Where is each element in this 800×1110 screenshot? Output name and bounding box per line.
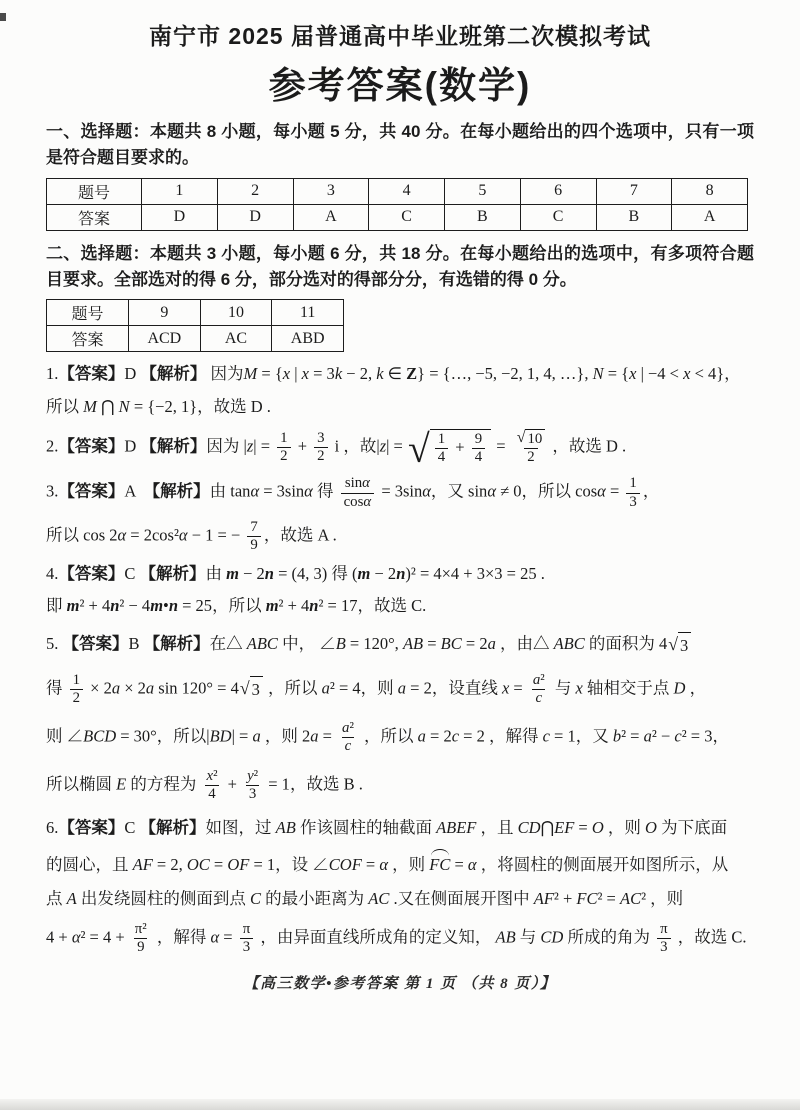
- fraction-numerator: 1: [70, 672, 83, 689]
- math-segment: D: [674, 678, 686, 697]
- math-segment: 所以: [46, 525, 83, 544]
- fraction-numerator: sinα: [342, 475, 373, 492]
- math-segment: 2: [317, 448, 324, 464]
- math-segment: α: [211, 927, 220, 946]
- math-segment: ² =: [597, 889, 620, 908]
- math-segment: 【解析】: [152, 483, 210, 501]
- math-segment: 2: [73, 690, 80, 706]
- fraction: 12: [277, 430, 290, 465]
- math-segment: 5.: [46, 634, 63, 653]
- fraction-denominator: 3: [246, 785, 259, 803]
- math-segment: ² − 4: [119, 596, 150, 615]
- math-segment: m: [150, 596, 163, 615]
- math-segment: =: [492, 436, 510, 455]
- fraction-numerator: π: [657, 921, 671, 938]
- table-cell: A: [293, 204, 369, 230]
- solution-block: 2.【答案】D 【解析】因为 |z| = 12 + 32 i ，故|z| = √…: [46, 428, 754, 468]
- math-segment: FC: [576, 889, 597, 908]
- math-segment: 6.: [46, 818, 58, 837]
- solution-line: 2.【答案】D 【解析】因为 |z| = 12 + 32 i ，故|z| = √…: [46, 428, 754, 468]
- table-cell: AC: [200, 326, 272, 352]
- math-segment: ABC: [247, 634, 278, 653]
- math-segment: ，所以: [360, 726, 418, 745]
- math-segment: ²: [349, 720, 353, 736]
- math-segment: ⋂: [541, 818, 555, 837]
- math-segment: +: [294, 436, 312, 455]
- fraction-denominator: 4: [205, 785, 218, 803]
- solutions-list: 1.【答案】D 【解析】 因为M = {x | x = 3k − 2, k ∈ …: [46, 362, 754, 955]
- table-cell: 8: [672, 178, 748, 204]
- math-segment: 由: [210, 482, 231, 501]
- math-segment: B: [336, 634, 346, 653]
- math-segment: 9: [137, 939, 144, 955]
- solution-line: 4 + α² = 4 + π²9 ，解得 α = π3 ，由异面直线所成角的定义…: [46, 921, 754, 956]
- solution-line: 的圆心，且 AF = 2, OC = OF = 1，设 ∠COF = α ，则 …: [46, 850, 754, 878]
- math-segment: cos: [344, 494, 364, 510]
- math-segment: ∠: [67, 726, 84, 745]
- math-segment: ² = 4: [330, 678, 361, 697]
- math-segment: CD: [540, 927, 563, 946]
- math-segment: OC: [187, 855, 210, 874]
- math-segment: m: [358, 564, 371, 583]
- math-segment: N: [119, 397, 130, 416]
- fraction: 32: [314, 430, 327, 465]
- math-segment: ，且: [476, 818, 517, 837]
- math-segment: | −4 <: [636, 364, 683, 383]
- square-root: √3: [240, 676, 263, 703]
- table-row: 答案 ACD AC ABD: [47, 326, 344, 352]
- math-segment: = (4, 3): [274, 564, 331, 583]
- math-segment: ，所以: [522, 482, 576, 501]
- math-segment: 在△: [210, 634, 247, 653]
- math-segment: 所以: [46, 397, 83, 416]
- math-segment: )² = 4×4 + 3×3 = 25 .: [405, 564, 544, 583]
- solution-block: 4.【答案】C 【解析】由 m − 2n = (4, 3) 得 (m − 2n)…: [46, 562, 754, 620]
- math-segment: 作该圆柱的轴截面: [296, 818, 436, 837]
- math-segment: 轴相交于点: [583, 678, 674, 697]
- math-segment: 3: [660, 939, 667, 955]
- math-segment: m: [266, 596, 279, 615]
- math-segment: ²: [213, 768, 217, 784]
- math-segment: i: [331, 436, 344, 455]
- math-segment: O: [645, 818, 657, 837]
- fraction-numerator: y²: [244, 768, 261, 785]
- math-segment: E: [116, 775, 126, 794]
- solution-line: 6.【答案】C 【解析】如图，过 AB 作该圆柱的轴截面 ABEF ，且 CD⋂…: [46, 816, 754, 841]
- math-segment: = 2: [406, 678, 432, 697]
- math-segment: EF: [554, 818, 574, 837]
- math-segment: 3: [317, 430, 324, 446]
- fraction-numerator: a²: [339, 720, 357, 737]
- math-segment: 得: [46, 678, 67, 697]
- math-segment: BCD: [83, 726, 116, 745]
- math-segment: BD: [210, 726, 232, 745]
- math-segment: 3: [629, 494, 636, 510]
- math-segment: 得: [331, 564, 352, 583]
- math-segment: 中，: [278, 634, 315, 653]
- math-segment: 【答案】: [58, 437, 124, 455]
- fraction-denominator: 9: [134, 938, 147, 956]
- table-cell: 7: [596, 178, 672, 204]
- math-segment: D: [124, 436, 140, 455]
- math-segment: =: [606, 482, 624, 501]
- math-segment: 2: [280, 448, 287, 464]
- math-segment: − 1 = −: [188, 525, 245, 544]
- solution-block: 3.【答案】A 【解析】由 tanα = 3sinα 得 sinαcosα = …: [46, 475, 754, 553]
- math-segment: ，所以: [212, 596, 266, 615]
- solution-line: 1.【答案】D 【解析】 因为M = {x | x = 3k − 2, k ∈ …: [46, 362, 754, 387]
- math-segment: 1.: [46, 364, 58, 383]
- radical-sign: √: [240, 680, 250, 698]
- math-segment: a: [488, 634, 496, 653]
- solution-line: 得 12 × 2a × 2a sin 120° = 4√3 ，所以 a² = 4…: [46, 672, 754, 707]
- fraction-denominator: c: [342, 737, 355, 755]
- math-segment: ，解得: [153, 927, 211, 946]
- math-segment: ²: [254, 768, 258, 784]
- math-segment: π: [660, 921, 668, 937]
- math-segment: 【答案】: [58, 565, 124, 583]
- table-cell: 5: [445, 178, 521, 204]
- math-segment: 【答案】: [58, 483, 124, 501]
- arc-overline: FC: [429, 850, 450, 878]
- math-segment: =: [318, 726, 336, 745]
- math-segment: ² = 17: [318, 596, 357, 615]
- math-segment: α: [468, 855, 477, 874]
- math-segment: = 2cos²: [126, 525, 179, 544]
- fraction: 13: [626, 475, 639, 510]
- solution-line: 所以 cos 2α = 2cos²α − 1 = − 79，故选 A .: [46, 519, 754, 554]
- fraction-denominator: 4: [472, 448, 485, 466]
- solution-line: 所以椭圆 E 的方程为 x²4 + y²3 = 1，故选 B .: [46, 768, 754, 803]
- math-segment: ²: [540, 672, 544, 688]
- math-segment: ，所以: [157, 726, 207, 745]
- math-segment: ，又: [431, 482, 468, 501]
- math-segment: =: [509, 678, 527, 697]
- fraction-numerator: 1: [435, 431, 448, 448]
- math-segment: ，将圆柱的侧面展开如图所示，从: [477, 855, 729, 874]
- math-segment: =: [219, 927, 237, 946]
- math-segment: π: [243, 921, 251, 937]
- math-segment: c: [345, 738, 352, 754]
- table-cell: D: [217, 204, 293, 230]
- radicand: 3: [250, 676, 263, 703]
- table-row: 题号 9 10 11: [47, 300, 344, 326]
- math-segment: 1: [629, 475, 636, 491]
- math-segment: 3.: [46, 482, 58, 501]
- table-cell: D: [142, 204, 218, 230]
- math-segment: AC: [368, 889, 389, 908]
- math-segment: a: [112, 678, 120, 697]
- math-segment: 与: [551, 678, 576, 697]
- math-segment: CD: [518, 818, 541, 837]
- math-segment: 的方程为: [126, 775, 200, 794]
- fraction-denominator: 2: [524, 448, 537, 466]
- section-2-heading: 二、选择题：本题共 3 小题，每小题 6 分，共 18 分。在每小题给出的选项中…: [46, 241, 754, 294]
- radicand: 10: [525, 429, 545, 448]
- math-segment: 所成的角为: [563, 927, 654, 946]
- math-segment: ∠: [312, 855, 329, 874]
- math-segment: − 2: [239, 564, 265, 583]
- answer-subtitle: 参考答案(数学): [46, 55, 754, 109]
- fraction: a²c: [530, 672, 548, 707]
- math-segment: 点: [46, 889, 67, 908]
- math-segment: a: [398, 678, 406, 697]
- math-segment: =: [362, 855, 380, 874]
- math-segment: OF: [227, 855, 249, 874]
- math-segment: ，设: [275, 855, 312, 874]
- radicand: 3: [678, 632, 691, 659]
- fraction-denominator: 3: [240, 938, 253, 956]
- math-segment: = 3sin: [259, 482, 304, 501]
- math-segment: 的面积为: [585, 634, 659, 653]
- math-segment: α: [250, 482, 259, 501]
- math-segment: ² =: [621, 726, 644, 745]
- fraction-numerator: 1: [626, 475, 639, 492]
- math-segment: 4: [659, 634, 667, 653]
- math-segment: = {: [604, 364, 629, 383]
- radicand: 14 + 94: [430, 429, 491, 466]
- math-segment: 9: [475, 431, 482, 447]
- math-segment: ≠ 0: [496, 482, 522, 501]
- math-segment: x: [283, 364, 290, 383]
- fraction-numerator: 9: [472, 431, 485, 448]
- fraction: π3: [240, 921, 254, 956]
- math-segment: AF: [133, 855, 153, 874]
- math-segment: 即: [46, 596, 67, 615]
- math-segment: a: [322, 678, 330, 697]
- solution-line: 则 ∠BCD = 30°，所以|BD| = a ，则 2a = a²c ，所以 …: [46, 720, 754, 755]
- math-segment: × 2: [86, 678, 112, 697]
- table-cell: 11: [272, 300, 344, 326]
- math-segment: 2.: [46, 436, 58, 455]
- math-segment: ∠: [315, 634, 336, 653]
- math-segment: − 2: [370, 564, 396, 583]
- table-cell: 9: [129, 300, 201, 326]
- solution-line: 3.【答案】A 【解析】由 tanα = 3sinα 得 sinαcosα = …: [46, 475, 754, 510]
- square-root: √14 + 94: [408, 428, 491, 468]
- fraction-numerator: 3: [314, 430, 327, 447]
- math-segment: AB: [403, 634, 423, 653]
- math-segment: 【答案】: [63, 635, 129, 653]
- radical-sign: √: [668, 636, 678, 654]
- fraction-numerator: √10: [513, 429, 550, 448]
- solution-block: 5. 【答案】B 【解析】在△ ABC 中， ∠B = 120°, AB = B…: [46, 632, 754, 803]
- math-segment: 因为: [206, 364, 243, 383]
- math-segment: ，所以: [264, 678, 322, 697]
- table-cell: 题号: [47, 300, 129, 326]
- math-segment: ABC: [554, 634, 585, 653]
- math-segment: y: [247, 768, 254, 784]
- fraction: π²9: [132, 921, 150, 956]
- math-segment: 【解析】: [144, 635, 210, 653]
- table-cell: B: [445, 204, 521, 230]
- math-segment: =: [210, 855, 228, 874]
- math-segment: 1: [438, 431, 445, 447]
- table-row: 题号 1 2 3 4 5 6 7 8: [47, 178, 748, 204]
- math-segment: ，: [712, 726, 729, 745]
- math-segment: − 2,: [342, 364, 376, 383]
- table-cell: 10: [200, 300, 272, 326]
- math-segment: ，: [685, 678, 706, 697]
- math-segment: m: [226, 564, 239, 583]
- math-segment: ，故选 A .: [264, 525, 337, 544]
- math-segment: = 30°: [116, 726, 157, 745]
- math-segment: < 4}: [690, 364, 724, 383]
- math-segment: C: [250, 889, 261, 908]
- math-segment: | =: [253, 436, 274, 455]
- math-segment: α: [597, 482, 606, 501]
- fraction: 79: [247, 519, 260, 554]
- math-segment: c: [535, 690, 542, 706]
- math-segment: 【解析】: [140, 565, 206, 583]
- math-segment: 4 +: [46, 927, 72, 946]
- fraction-numerator: a²: [530, 672, 548, 689]
- math-segment: 的圆心，且: [46, 855, 133, 874]
- math-segment: cos: [575, 482, 597, 501]
- math-segment: 3: [252, 680, 260, 699]
- math-segment: 【答案】: [58, 819, 124, 837]
- fraction-denominator: cosα: [341, 493, 375, 511]
- fraction: 14: [435, 431, 448, 466]
- math-segment: 4.: [46, 564, 58, 583]
- solution-line: 点 A 出发绕圆柱的侧面到点 C 的最小距离为 AC .又在侧面展开图中 AF²…: [46, 887, 754, 912]
- fraction-denominator: 3: [626, 493, 639, 511]
- radical-sign: √: [408, 430, 430, 470]
- square-root: √10: [517, 429, 546, 448]
- math-segment: COF: [329, 855, 362, 874]
- math-segment: = 3sin: [377, 482, 422, 501]
- math-segment: 所以椭圆: [46, 775, 116, 794]
- math-segment: O: [592, 818, 604, 837]
- fraction-denominator: 2: [314, 447, 327, 465]
- table-cell: 4: [369, 178, 445, 204]
- math-segment: +: [224, 775, 242, 794]
- math-segment: α: [422, 482, 431, 501]
- math-segment: |: [290, 364, 302, 383]
- math-segment: BC: [441, 634, 462, 653]
- solution-line: 5. 【答案】B 【解析】在△ ABC 中， ∠B = 120°, AB = B…: [46, 632, 754, 659]
- fraction: √102: [513, 429, 550, 466]
- math-segment: 又在侧面展开图中: [398, 889, 534, 908]
- page-footer: 【高三数学•参考答案 第 1 页 （共 8 页）】: [46, 972, 754, 993]
- math-segment: = 3: [309, 364, 335, 383]
- math-segment: α: [379, 855, 388, 874]
- math-segment: ∈: [384, 364, 407, 383]
- math-segment: × 2: [120, 678, 146, 697]
- math-segment: ，解得: [489, 726, 543, 745]
- math-segment: M: [244, 364, 258, 383]
- math-segment: 2: [302, 726, 310, 745]
- fraction: 12: [70, 672, 83, 707]
- math-segment: 【解析】: [140, 819, 206, 837]
- math-segment: cos 2: [83, 525, 117, 544]
- table-cell: 6: [520, 178, 596, 204]
- math-segment: n: [169, 596, 178, 615]
- fraction-numerator: x²: [203, 768, 220, 785]
- math-segment: ，则: [604, 818, 645, 837]
- math-segment: 3: [249, 786, 256, 802]
- math-segment: = {: [257, 364, 282, 383]
- fraction-denominator: c: [532, 689, 545, 707]
- math-segment: 1: [280, 430, 287, 446]
- table-row: 答案 D D A C B C B A: [47, 204, 748, 230]
- table-cell: A: [672, 204, 748, 230]
- math-segment: = 1: [249, 855, 275, 874]
- math-segment: ² −: [652, 726, 675, 745]
- fraction: π3: [657, 921, 671, 956]
- math-segment: ，则: [388, 855, 429, 874]
- math-segment: x: [302, 364, 309, 383]
- math-segment: = 2: [459, 726, 489, 745]
- square-root: √3: [668, 632, 691, 659]
- math-segment: c: [543, 726, 550, 745]
- math-segment: sin 120° = 4: [154, 678, 239, 697]
- math-segment: c: [452, 726, 459, 745]
- math-segment: a: [644, 726, 652, 745]
- math-segment: B: [129, 634, 144, 653]
- table-cell: 答案: [47, 204, 142, 230]
- math-segment: ² = 4 +: [80, 927, 128, 946]
- math-segment: AB: [276, 818, 296, 837]
- math-segment: ，则: [646, 889, 683, 908]
- math-segment: a: [418, 726, 426, 745]
- fraction-denominator: 9: [247, 536, 260, 554]
- math-segment: ，由异面直线所成角的定义知，: [256, 927, 495, 946]
- math-segment: } = {…, −5, −2, 1, 4, …},: [417, 364, 592, 383]
- math-segment: ，又: [576, 726, 613, 745]
- math-segment: n: [396, 564, 405, 583]
- math-segment: 4: [208, 786, 215, 802]
- math-segment: Z: [406, 364, 417, 383]
- math-segment: D: [124, 364, 140, 383]
- fraction-denominator: 2: [70, 689, 83, 707]
- math-segment: ABEF: [436, 818, 476, 837]
- fraction-numerator: 1: [277, 430, 290, 447]
- math-segment: +: [451, 437, 469, 456]
- math-segment: 2: [527, 449, 534, 465]
- math-segment: 如图，过: [206, 818, 276, 837]
- math-segment: ，设直线: [432, 678, 502, 697]
- math-segment: sin: [345, 475, 362, 491]
- fraction: y²3: [244, 768, 261, 803]
- scan-artifact: [0, 13, 6, 21]
- math-segment: 3: [243, 939, 250, 955]
- fraction: sinαcosα: [341, 475, 375, 510]
- fraction-denominator: 3: [657, 938, 670, 956]
- math-segment: = {−2, 1}: [130, 397, 197, 416]
- solution-line: 4.【答案】C 【解析】由 m − 2n = (4, 3) 得 (m − 2n)…: [46, 562, 754, 587]
- math-segment: ² + 4: [79, 596, 110, 615]
- math-segment: ，故: [343, 436, 376, 455]
- math-segment: 7: [250, 519, 257, 535]
- math-segment: sin: [468, 482, 487, 501]
- fraction-denominator: 2: [277, 447, 290, 465]
- math-segment: 得: [313, 482, 338, 501]
- math-segment: α: [487, 482, 496, 501]
- math-segment: α: [179, 525, 188, 544]
- math-segment: α: [118, 525, 127, 544]
- math-segment: α: [304, 482, 313, 501]
- math-segment: α: [363, 494, 371, 510]
- table-cell: 题号: [47, 178, 142, 204]
- fraction: 94: [472, 431, 485, 466]
- math-segment: a: [252, 726, 260, 745]
- math-segment: ，故选 C.: [674, 927, 747, 946]
- table-cell: ACD: [129, 326, 201, 352]
- fraction: a²c: [339, 720, 357, 755]
- math-segment: N: [593, 364, 604, 383]
- math-segment: α: [362, 475, 370, 491]
